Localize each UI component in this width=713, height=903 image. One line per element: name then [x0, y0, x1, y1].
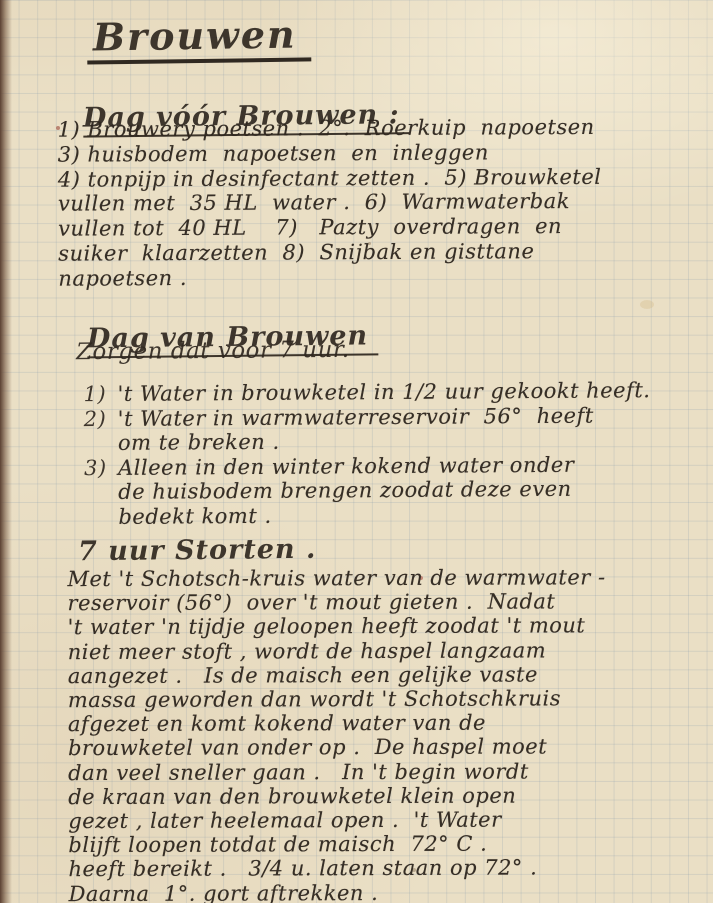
handwriting-line: 't Water in brouwketel in 1/2 uur gekook…: [117, 378, 650, 406]
list-item-number: 3): [84, 455, 118, 480]
handwriting-line: suiker klaarzetten 8) Snijbak en gisttan…: [58, 238, 698, 266]
handwriting-line: aangezet . Is de maisch een gelijke vast…: [68, 662, 704, 688]
handwriting-line: gezet , later heelemaal open . 't Water: [68, 807, 704, 833]
list-item-text: 't Water in warmwaterreservoir 56° heeft…: [118, 403, 594, 455]
handwriting-line: massa geworden dan wordt 't Schotschkrui…: [68, 686, 704, 712]
handwriting-line: afgezet en komt kokend water van de: [68, 710, 704, 736]
handwriting-line: om te breken .: [118, 428, 594, 456]
list-item-number: 1): [83, 382, 117, 407]
handwriting-line: 3) huisbodem napoetsen en inleggen: [58, 139, 698, 167]
handwriting-line: vullen tot 40 HL 7) Pazty overdragen en: [58, 214, 698, 242]
notebook-binding-edge: [0, 0, 12, 903]
handwriting-line: napoetsen .: [58, 263, 698, 291]
list-item-number: 2): [84, 406, 118, 431]
handwriting-line: bedekt komt .: [118, 501, 574, 529]
handwriting-line: heeft bereikt . 3/4 u. laten staan op 72…: [68, 855, 704, 881]
day-of-checklist: 1) 't Water in brouwketel in 1/2 uur gek…: [83, 378, 694, 529]
storten-paragraph: Met 't Schotsch-kruis water van de warmw…: [67, 565, 704, 903]
handwriting-line: 4) tonpijp in desinfectant zetten . 5) B…: [58, 164, 698, 192]
paper-stain: [640, 300, 654, 309]
day-before-paragraph: 1) Brouwery poetsen . 2°. Roerkuip napoe…: [58, 114, 699, 291]
handwriting-line: blijft loopen totdat de maisch 72° C .: [68, 831, 704, 857]
handwriting-line: dan veel sneller gaan . In 't begin word…: [68, 759, 704, 785]
list-item: 2) 't Water in warmwaterreservoir 56° he…: [84, 402, 694, 455]
handwriting-line: de huisbodem brengen zoodat deze even: [118, 477, 574, 505]
handwriting-line: de kraan van den brouwketel klein open: [68, 783, 704, 809]
handwriting-line: brouwketel van onder op . De haspel moet: [68, 734, 704, 760]
handwriting-line: niet meer stoft , wordt de haspel langza…: [68, 637, 704, 663]
handwriting-line: 't water 'n tijdje geloopen heeft zoodat…: [68, 613, 704, 639]
list-item: 3) Alleen in den winter kokend water ond…: [84, 451, 694, 529]
page-title: Brouwen: [87, 14, 311, 64]
handwriting-line: Daarna 1°. gort aftrekken .: [69, 880, 705, 903]
list-item-text: Alleen in den winter kokend water onder …: [118, 452, 575, 529]
handwriting-line: 1) Brouwery poetsen . 2°. Roerkuip napoe…: [58, 114, 698, 142]
handwriting-line: vullen met 35 HL water . 6) Warmwaterbak: [58, 189, 698, 217]
handwriting-line: 't Water in warmwaterreservoir 56° heeft: [118, 403, 594, 431]
handwriting-line: Met 't Schotsch-kruis water van de warmw…: [67, 565, 703, 591]
section-heading-storten: 7 uur Storten .: [78, 535, 317, 567]
list-item: 1) 't Water in brouwketel in 1/2 uur gek…: [83, 378, 693, 407]
handwriting-line: Alleen in den winter kokend water onder: [118, 452, 574, 480]
list-item-text: 't Water in brouwketel in 1/2 uur gekook…: [117, 378, 650, 406]
day-of-intro-line: Zorgen dat voor 7 uur.: [76, 337, 350, 365]
handwriting-line: reservoir (56°) over 't mout gieten . Na…: [67, 589, 703, 615]
